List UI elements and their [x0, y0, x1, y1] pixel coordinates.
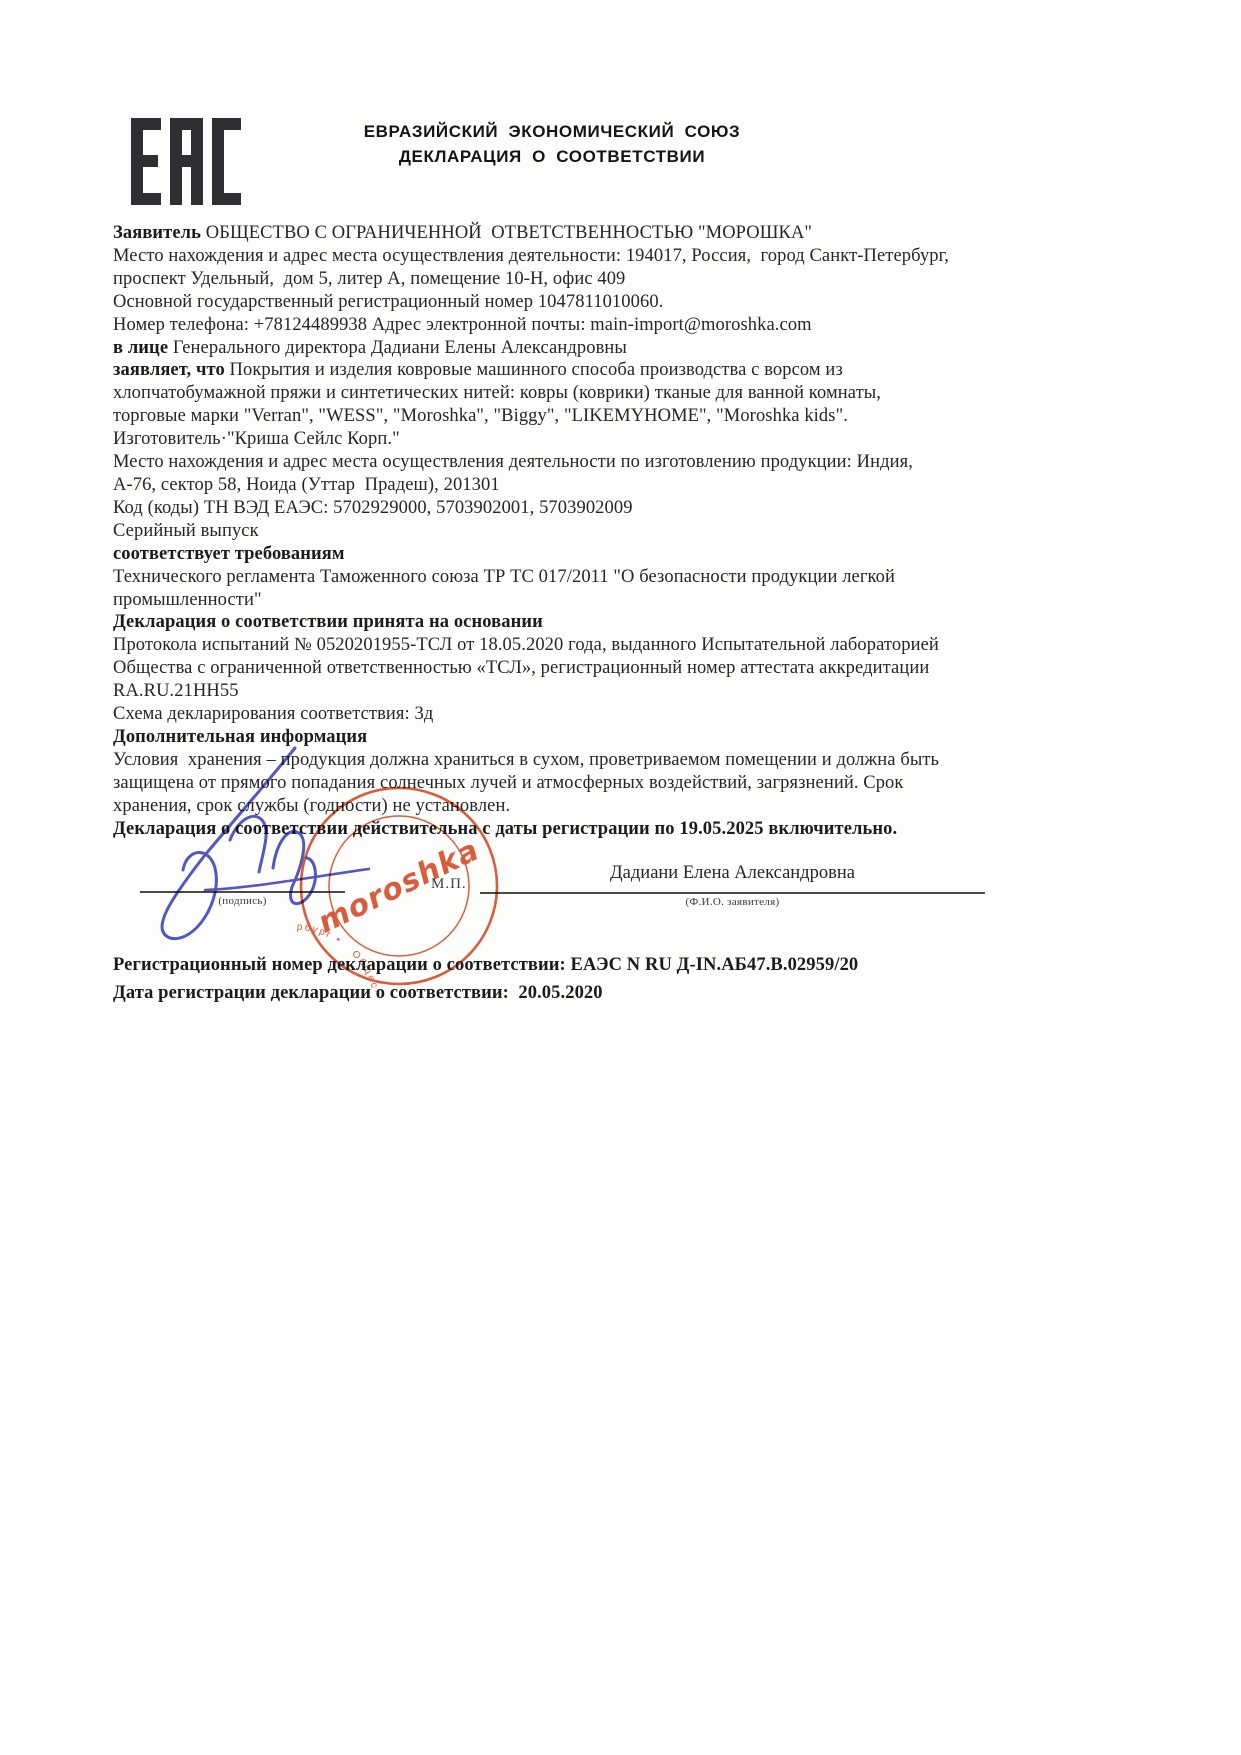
- body-line-text: проспект Удельный, дом 5, литер А, помещ…: [113, 269, 625, 289]
- body-line: заявляет, что Покрытия и изделия ковровы…: [113, 359, 1033, 382]
- body-line: Декларация о соответствии принята на осн…: [113, 611, 1033, 634]
- body-line: Место нахождения и адрес места осуществл…: [113, 451, 1033, 474]
- body-line-text: хлопчатобумажной пряжи и синтетических н…: [113, 383, 881, 403]
- body-line-text: Серийный выпуск: [113, 521, 259, 541]
- registration-block: Регистрационный номер декларации о соотв…: [113, 952, 1093, 1007]
- body-line-text: Покрытия и изделия ковровые машинного сп…: [225, 360, 843, 380]
- body-line: Общества с ограниченной ответственностью…: [113, 657, 1033, 680]
- body-line-text: Номер телефона: +78124489938 Адрес элект…: [113, 315, 812, 335]
- registration-date: Дата регистрации декларации о соответств…: [113, 980, 1093, 1008]
- body-line-text: Изготовитель·"Криша Сейлс Корп.": [113, 429, 400, 449]
- body-line: Код (коды) ТН ВЭД ЕАЭС: 5702929000, 5703…: [113, 497, 1033, 520]
- body-line: соответствует требованиям: [113, 543, 1033, 566]
- body-line: Заявитель ОБЩЕСТВО С ОГРАНИЧЕННОЙ ОТВЕТС…: [113, 222, 1033, 245]
- applicant-name: Дадиани Елена Александровна: [480, 863, 985, 884]
- body-line-text: Место нахождения и адрес места осуществл…: [113, 452, 913, 472]
- body-line: Место нахождения и адрес места осуществл…: [113, 245, 1033, 268]
- body-line-text: промышленности": [113, 590, 262, 610]
- body-line: RA.RU.21НН55: [113, 680, 1033, 703]
- body-line: Номер телефона: +78124489938 Адрес элект…: [113, 314, 1033, 337]
- body-line: Схема декларирования соответствия: 3д: [113, 703, 1033, 726]
- body-line: промышленности": [113, 589, 1033, 612]
- body-line-bold-lead: соответствует требованиям: [113, 544, 345, 564]
- body-line: А-76, сектор 58, Ноида (Уттар Прадеш), 2…: [113, 474, 1033, 497]
- body-line-text: Протокола испытаний № 0520201955-ТСЛ от …: [113, 635, 939, 655]
- title-line-2: ДЕКЛАРАЦИЯ О СООТВЕТСТВИИ: [252, 144, 852, 169]
- body-line-text: Общества с ограниченной ответственностью…: [113, 658, 929, 678]
- body-line-text: Технического регламента Таможенного союз…: [113, 567, 895, 587]
- title-line-1: ЕВРАЗИЙСКИЙ ЭКОНОМИЧЕСКИЙ СОЮЗ: [252, 119, 852, 144]
- body-line-text: Генерального директора Дадиани Елены Але…: [168, 338, 627, 358]
- body-line: в лице Генерального директора Дадиани Ел…: [113, 337, 1033, 360]
- body-line-text: А-76, сектор 58, Ноида (Уттар Прадеш), 2…: [113, 475, 500, 495]
- body-line: Серийный выпуск: [113, 520, 1033, 543]
- stamp-brand-text: moroshka: [313, 833, 485, 941]
- body-line-bold-lead: заявляет, что: [113, 360, 225, 380]
- body-line-text: Код (коды) ТН ВЭД ЕАЭС: 5702929000, 5703…: [113, 498, 633, 518]
- body-line-text: торговые марки "Verran", "WESS", "Morosh…: [113, 406, 848, 426]
- body-line-text: Схема декларирования соответствия: 3д: [113, 704, 433, 724]
- body-line-bold-lead: в лице: [113, 338, 168, 358]
- body-line-text: Основной государственный регистрационный…: [113, 292, 663, 312]
- body-line: Основной государственный регистрационный…: [113, 291, 1033, 314]
- eac-logo: [131, 118, 241, 205]
- registration-number: Регистрационный номер декларации о соотв…: [113, 952, 1093, 980]
- body-line: торговые марки "Verran", "WESS", "Morosh…: [113, 405, 1033, 428]
- document-title: ЕВРАЗИЙСКИЙ ЭКОНОМИЧЕСКИЙ СОЮЗ ДЕКЛАРАЦИ…: [252, 119, 852, 169]
- body-line-bold-lead: Декларация о соответствии принята на осн…: [113, 612, 543, 632]
- declaration-document: ЕВРАЗИЙСКИЙ ЭКОНОМИЧЕСКИЙ СОЮЗ ДЕКЛАРАЦИ…: [0, 0, 1241, 1755]
- body-line: Протокола испытаний № 0520201955-ТСЛ от …: [113, 634, 1033, 657]
- body-line-text: RA.RU.21НН55: [113, 681, 239, 701]
- body-line-bold-lead: Заявитель: [113, 223, 201, 243]
- body-line: проспект Удельный, дом 5, литер А, помещ…: [113, 268, 1033, 291]
- body-line-text: Место нахождения и адрес места осуществл…: [113, 246, 949, 266]
- body-line: хлопчатобумажной пряжи и синтетических н…: [113, 382, 1033, 405]
- body-line-text: ОБЩЕСТВО С ОГРАНИЧЕННОЙ ОТВЕТСТВЕННОСТЬЮ…: [201, 223, 812, 243]
- applicant-name-line: [480, 892, 985, 894]
- applicant-name-caption: (Ф.И.О. заявителя): [480, 896, 985, 908]
- body-line: Технического регламента Таможенного союз…: [113, 566, 1033, 589]
- body-line: Изготовитель·"Криша Сейлс Корп.": [113, 428, 1033, 451]
